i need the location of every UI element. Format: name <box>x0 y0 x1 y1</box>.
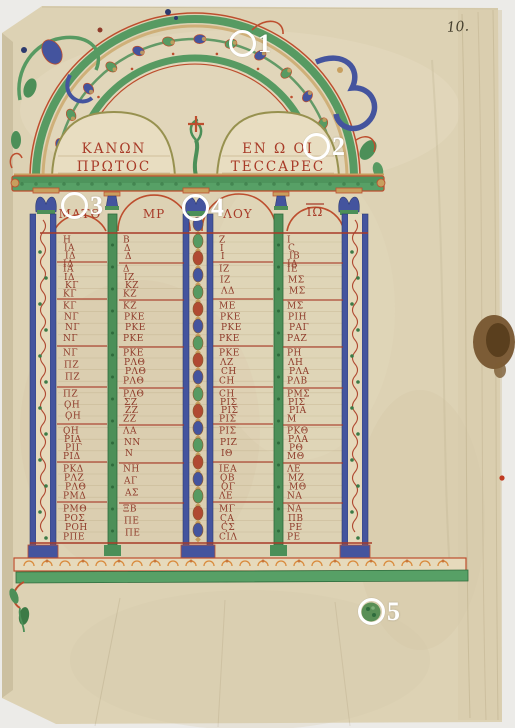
canon-cell: ΡΙΔ <box>63 452 81 462</box>
canon-cell: ΜΘ <box>287 452 305 462</box>
colonnette-dot <box>277 288 280 291</box>
base-dot <box>82 560 85 563</box>
beam-dot <box>314 182 318 186</box>
canon-cell: ΠΕ <box>124 517 139 527</box>
canon-cell: ΡΚΕ <box>220 312 241 322</box>
left-pilaster-rail <box>30 214 36 545</box>
green-ink-blot <box>362 603 381 622</box>
canon-cell: ΡΛΒ <box>287 376 308 386</box>
canon-cell: ϘΗ <box>64 401 80 411</box>
canon-title-left-line1: ΚΑΝΩΝ <box>82 141 147 157</box>
beam-dot <box>286 182 290 186</box>
column-base <box>181 545 215 558</box>
vine-dot <box>131 68 134 71</box>
topleft-ink-dot <box>98 28 103 33</box>
pilaster-dot <box>356 432 360 436</box>
blot-speck <box>372 613 376 617</box>
canon-cell: ΜΕ <box>219 302 236 312</box>
canon-cell: ΝΓ <box>64 312 79 322</box>
canon-cell: ΝΓ <box>65 323 80 333</box>
chain-bead <box>193 234 203 248</box>
beam-dot <box>48 182 52 186</box>
colonnette-dot <box>111 310 114 313</box>
beam-dot <box>202 182 206 186</box>
beam-dot <box>104 182 108 186</box>
vine-berry <box>323 118 327 122</box>
colonnette-dot <box>111 376 114 379</box>
colonnette-dot <box>111 420 114 423</box>
pilaster-dot <box>38 302 42 306</box>
canon-cell: ΡΙΣ <box>219 427 236 437</box>
pilaster-dot <box>350 458 354 462</box>
canon-cell: ΡΙΖ <box>220 438 237 448</box>
base-dot <box>298 560 301 563</box>
pilaster-dot <box>38 510 42 514</box>
pilaster-dot <box>44 380 48 384</box>
chain-bead <box>193 251 203 265</box>
beam-end-boss <box>11 179 19 187</box>
pilaster-dot <box>356 276 360 280</box>
canon-cell: ϹΗ <box>219 376 235 386</box>
vine-dot <box>257 68 260 71</box>
green-collar <box>105 206 119 210</box>
chain-bead <box>193 336 203 350</box>
canon-cell: ΡΚΕ <box>123 334 144 344</box>
base-dot <box>370 560 373 563</box>
abacus <box>273 192 289 196</box>
colonnette-dot <box>111 464 114 467</box>
beam-dot <box>132 182 136 186</box>
colonnette-dot <box>277 266 280 269</box>
blot-highlight <box>371 606 375 610</box>
pilaster-dot <box>38 458 42 462</box>
beam-dot <box>356 182 360 186</box>
colonnette-dot <box>277 464 280 467</box>
canon-cell: ΝΗ <box>123 465 140 475</box>
chain-bead <box>193 455 203 469</box>
colonnette-dot <box>111 530 114 533</box>
chain-bead <box>193 285 203 299</box>
canon-cell: ΜΣ <box>287 302 304 312</box>
colonnette-base <box>104 545 121 556</box>
canon-cell: Ν <box>125 449 133 459</box>
vine-dot <box>172 53 175 56</box>
canon-cell: ΚΖ <box>123 302 137 312</box>
beam-dot <box>90 182 94 186</box>
canon-cell: ΡΛΘ <box>123 376 144 386</box>
base-dot <box>190 560 193 563</box>
base-green-stripe <box>16 570 468 583</box>
colonnette-dot <box>277 244 280 247</box>
entablature-beam-shade <box>13 177 383 183</box>
colonnette-dot <box>111 354 114 357</box>
colonnette-dot <box>277 508 280 511</box>
beam-end-boss <box>377 179 385 187</box>
chain-bead <box>193 523 203 537</box>
canon-cell: ΙΕ <box>287 265 298 275</box>
canon-cell: ΜΣ <box>288 276 305 286</box>
pilaster-dot <box>38 250 42 254</box>
vine-berry <box>170 40 174 44</box>
colonnette-dot <box>277 376 280 379</box>
right-pilaster-rail <box>362 214 368 545</box>
blot-body <box>362 603 381 622</box>
left-pilaster-rail <box>50 214 56 545</box>
beam-dot <box>258 182 262 186</box>
beam-dot <box>342 182 346 186</box>
canon-title-right-line1: ΕΝ Ω ΟΙ <box>242 141 314 157</box>
chain-bead <box>193 438 203 452</box>
canon-cell: ΞΒ <box>123 505 137 515</box>
beam-dot <box>118 182 122 186</box>
pilaster-dot <box>356 328 360 332</box>
canon-cell: ΡΑΖ <box>287 334 307 344</box>
chain-bead <box>193 421 203 435</box>
colonnette-dot <box>111 244 114 247</box>
beam-dot <box>34 182 38 186</box>
abacus <box>33 188 59 193</box>
colonnette-dot <box>111 332 114 335</box>
vine-berry <box>140 51 144 55</box>
abacus <box>104 192 120 196</box>
right-gold-dot <box>337 67 343 73</box>
beam-dot <box>146 182 150 186</box>
colonnette-dot <box>277 442 280 445</box>
apex-ink-dot <box>165 9 171 15</box>
beam-dot <box>188 182 192 186</box>
canon-title-right-line2: ΤΕϹϹΑΡΕϹ <box>231 159 326 175</box>
column-header-matthew: ΜΑΤΘ <box>59 207 102 221</box>
base-dot <box>334 560 337 563</box>
pilaster-dot <box>44 432 48 436</box>
canon-cell: ΜΣ <box>289 287 306 297</box>
canon-cell: ΝΑ <box>287 492 302 502</box>
pilaster-dot <box>350 406 354 410</box>
center-trunk <box>195 140 197 176</box>
chain-bead <box>193 302 203 316</box>
canon-cell: ΡΙΗ <box>288 312 307 322</box>
beam-dot <box>244 182 248 186</box>
canon-cell: ΡΕ <box>287 532 301 542</box>
beam-dot <box>370 182 374 186</box>
vine-berry <box>89 90 93 94</box>
canon-cell: ΡΜΔ <box>63 492 86 502</box>
base-dot <box>118 560 121 563</box>
beam-dot <box>230 182 234 186</box>
column-header-john: ΙΩ <box>307 205 324 219</box>
chain-bead <box>193 353 203 367</box>
canon-cell: ΡΑΓ <box>289 323 309 333</box>
beam-dot <box>272 182 276 186</box>
lunettes: ΚΑΝΩΝ ΠΡΩΤΟϹ ΕΝ Ω ΟΙ ΤΕϹϹΑΡΕϹ <box>52 112 339 176</box>
canon-cell: ΑΣ <box>124 489 139 499</box>
colonnette-base <box>270 545 287 556</box>
folio-number: 10. <box>446 18 469 36</box>
chain-bead <box>193 489 203 503</box>
canon-cell: ΡΙΣ <box>219 414 236 424</box>
canon-cell: ΠΕ <box>125 529 140 539</box>
vine-berry <box>233 41 237 45</box>
blot-speck <box>366 607 370 611</box>
abacus <box>183 188 209 193</box>
beam-dot <box>20 182 24 186</box>
column-base <box>28 545 58 558</box>
beam-dot <box>174 182 178 186</box>
base-dot <box>226 560 229 563</box>
abacus <box>336 188 362 193</box>
pilaster-dot <box>44 328 48 332</box>
base-dot <box>442 560 445 563</box>
pilaster-dot <box>356 380 360 384</box>
chain-bead <box>193 319 203 333</box>
canon-cell: ΝΓ <box>63 349 78 359</box>
manuscript-art: ΚΑΝΩΝ ΠΡΩΤΟϹ ΕΝ Ω ΟΙ ΤΕϹϹΑΡΕϹ <box>0 0 515 728</box>
vine-berry <box>202 37 206 41</box>
vine-berry <box>113 67 117 71</box>
canon-cell: ΠΖ <box>64 361 79 371</box>
central-column-rail <box>207 214 213 545</box>
left-margin-leaf <box>11 131 21 149</box>
colonnette-dot <box>277 354 280 357</box>
apex-ink-dot <box>174 16 178 20</box>
chain-bead <box>193 404 203 418</box>
colonnette-dot <box>277 332 280 335</box>
pilaster-dot <box>356 536 360 540</box>
canon-cell: Ι <box>221 252 225 262</box>
beam-dot <box>62 182 66 186</box>
chain-bead <box>193 387 203 401</box>
canon-cell: ΝΝ <box>124 438 141 448</box>
manuscript-photo: { "window": { "background_color": "#eceb… <box>0 0 515 728</box>
canon-cell: Μ <box>287 414 297 424</box>
vine-dot <box>216 53 219 56</box>
canon-cell: ΙΘ <box>221 449 233 459</box>
pilaster-dot <box>350 302 354 306</box>
canon-cell: ΛΔ <box>220 287 235 297</box>
beam-dot <box>216 182 220 186</box>
topleft-ink-dot <box>21 47 27 53</box>
chain-bead <box>193 370 203 384</box>
column-header-mark: ΜΡ <box>143 207 165 221</box>
colonnette-dot <box>277 398 280 401</box>
chain-bead <box>193 268 203 282</box>
vine-dot <box>290 96 293 99</box>
pilaster-dot <box>44 276 48 280</box>
canon-cell: ΝΓ <box>63 334 78 344</box>
canon-cell: ΙΖ <box>220 276 231 286</box>
red-edge-mark <box>499 475 504 480</box>
canon-cell: ΠΖ <box>65 373 80 383</box>
canon-cell: ΡΠΕ <box>63 532 85 542</box>
chain-bead <box>193 506 203 520</box>
pilaster-dot <box>350 250 354 254</box>
canon-cell: ΙΖ <box>219 265 230 275</box>
colonnette-dot <box>277 530 280 533</box>
colonnette-dot <box>111 288 114 291</box>
base-dot <box>46 560 49 563</box>
pilaster-dot <box>38 406 42 410</box>
colonnette-dot <box>111 486 114 489</box>
pilaster-dot <box>350 510 354 514</box>
colonnette-dot <box>277 486 280 489</box>
canon-cell: ΚΓ <box>63 289 77 299</box>
canon-cell: ΛΑ <box>122 427 137 437</box>
colonnette-dot <box>111 442 114 445</box>
column-header-luke: ΛΟΥ <box>222 207 253 221</box>
vine-berry <box>287 68 291 72</box>
canon-cell: ΖΖ <box>123 414 137 424</box>
colonnette-dot <box>111 508 114 511</box>
colonnette-dot <box>111 266 114 269</box>
canon-cell: ΡΚΕ <box>124 312 145 322</box>
canon-cell: ΚΓ <box>63 302 77 312</box>
pilaster-dot <box>44 484 48 488</box>
beam-dot <box>76 182 80 186</box>
canon-cell: ΛΕ <box>218 492 233 502</box>
colonnette-dot <box>111 398 114 401</box>
pilaster-dot <box>38 354 42 358</box>
chain-bead <box>193 472 203 486</box>
vine-berry <box>262 51 266 55</box>
edge-stain-small <box>494 362 506 378</box>
edge-stain-core <box>486 323 510 357</box>
chain-bead <box>193 217 203 231</box>
base-dot <box>262 560 265 563</box>
canon-cell: ΚΖ <box>123 289 137 299</box>
canon-cell: Δ <box>125 252 132 262</box>
green-colonnette <box>108 214 117 545</box>
base-dot <box>406 560 409 563</box>
vine-dot <box>97 96 100 99</box>
canon-cell: ΑΓ <box>123 477 138 487</box>
base-dot <box>154 560 157 563</box>
canon-cell: ϹΙΛ <box>219 532 237 542</box>
canon-cell: ΡΚΕ <box>221 323 242 333</box>
column-base <box>340 545 370 558</box>
vine-berry <box>308 91 312 95</box>
canon-cell: ΠΖ <box>63 390 78 400</box>
colonnette-dot <box>277 420 280 423</box>
green-colonnette <box>274 214 283 545</box>
green-collar <box>274 206 288 210</box>
pilaster-dot <box>350 354 354 358</box>
vine-berry <box>71 116 75 120</box>
beam-dot <box>328 182 332 186</box>
canon-cell: ϘΗ <box>65 412 81 422</box>
canon-cell: ΡΚΕ <box>219 334 240 344</box>
colonnette-dot <box>277 310 280 313</box>
beam-dot <box>160 182 164 186</box>
beam-dot <box>300 182 304 186</box>
canon-cell: ΡΚΕ <box>125 323 146 333</box>
green-collar <box>187 211 205 216</box>
canon-title-left-line2: ΠΡΩΤΟϹ <box>77 159 151 175</box>
pilaster-dot <box>44 536 48 540</box>
pilaster-dot <box>356 484 360 488</box>
